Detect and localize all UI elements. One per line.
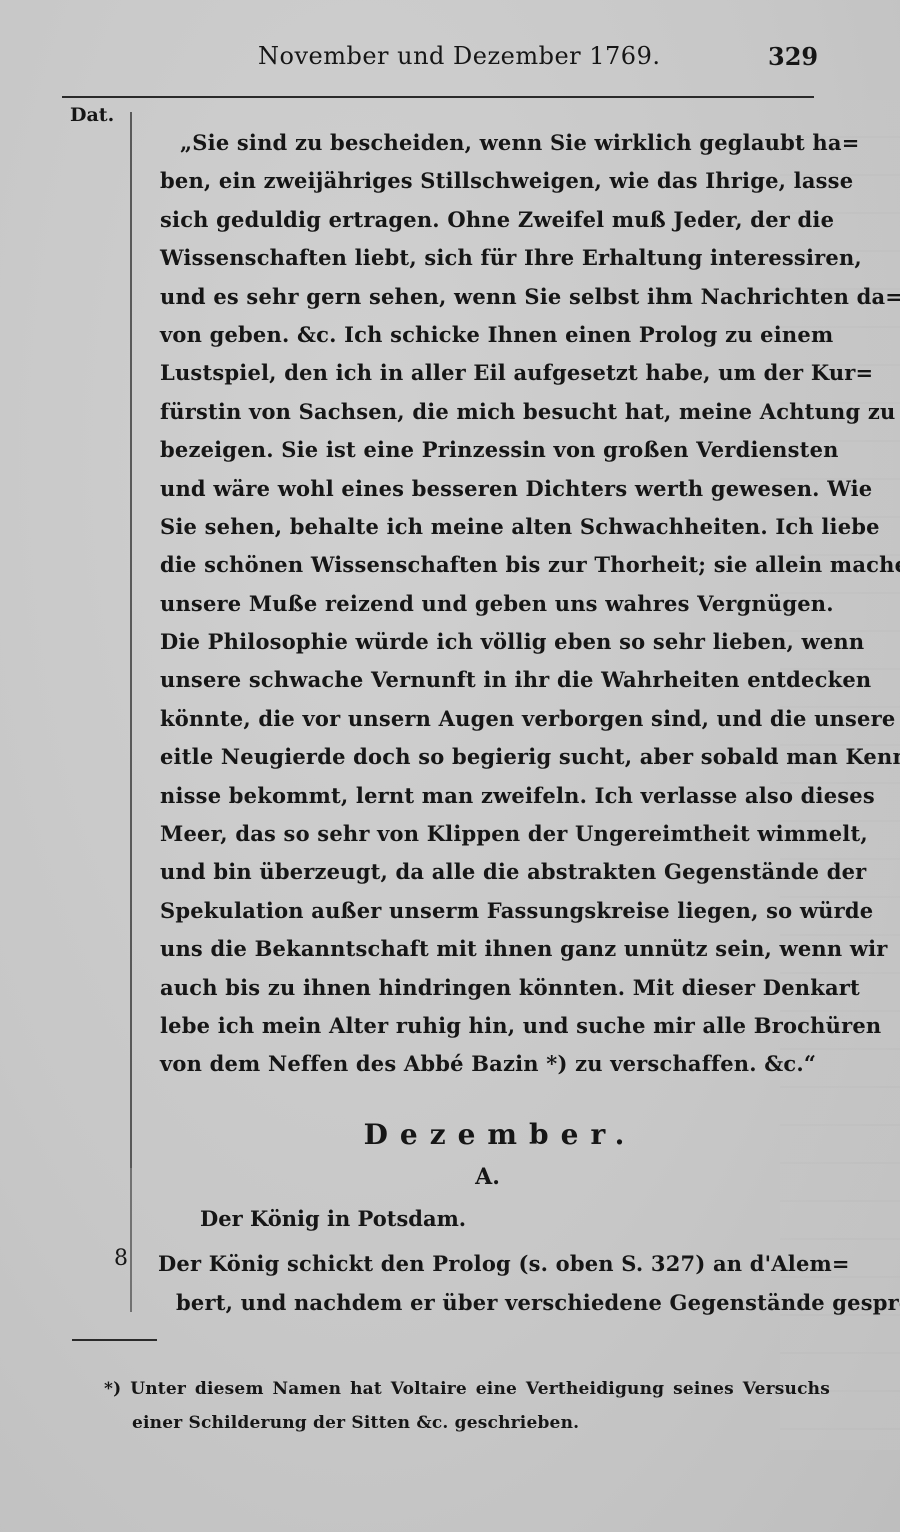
text-line: fürstin von Sachsen, die mich besucht ha…: [160, 393, 818, 431]
text-line: von dem Neffen des Abbé Bazin *) zu vers…: [160, 1045, 818, 1083]
footnote: *) Unter diesem Namen hat Voltaire eine …: [104, 1372, 830, 1440]
text-line: unsere schwache Vernunft in ihr die Wahr…: [160, 661, 818, 699]
location-heading: Der König in Potsdam.: [200, 1206, 466, 1231]
text-line: und wäre wohl eines besseren Dichters we…: [160, 470, 818, 508]
running-title: November und Dezember 1769.: [258, 42, 660, 70]
book-page: November und Dezember 1769. 329 Dat. „Si…: [0, 0, 900, 1532]
chronicle-entry: Der König schickt den Prolog (s. oben S.…: [158, 1244, 820, 1322]
text-line: könnte, die vor unsern Augen verborgen s…: [160, 700, 818, 738]
text-line: auch bis zu ihnen hindringen könnten. Mi…: [160, 969, 818, 1007]
page-header: November und Dezember 1769. 329: [0, 42, 900, 82]
text-line: und bin überzeugt, da alle die abstrakte…: [160, 853, 818, 891]
text-line: Die Philosophie würde ich völlig eben so…: [160, 623, 818, 661]
footnote-rule: [72, 1339, 157, 1341]
page-number: 329: [768, 42, 818, 71]
letter-quotation: „Sie sind zu bescheiden, wenn Sie wirkli…: [160, 124, 818, 1084]
entry-date: 8: [114, 1246, 128, 1271]
subsection-heading: A.: [0, 1164, 900, 1190]
text-line: uns die Bekanntschaft mit ihnen ganz unn…: [160, 930, 818, 968]
text-line: Sie sehen, behalte ich meine alten Schwa…: [160, 508, 818, 546]
text-line: Wissenschaften liebt, sich für Ihre Erha…: [160, 239, 818, 277]
text-line: von geben. &c. Ich schicke Ihnen einen P…: [160, 316, 818, 354]
text-line: und es sehr gern sehen, wenn Sie selbst …: [160, 278, 818, 316]
section-heading: Dezember.: [0, 1118, 900, 1151]
footnote-line: einer Schilderung der Sitten &c. geschri…: [104, 1406, 830, 1440]
text-line: Der König schickt den Prolog (s. oben S.…: [158, 1244, 820, 1283]
text-line: Lustspiel, den ich in aller Eil aufgeset…: [160, 354, 818, 392]
text-line: eitle Neugierde doch so begierig sucht, …: [160, 738, 818, 776]
text-line: ben, ein zweijähriges Stillschweigen, wi…: [160, 162, 818, 200]
date-column-label: Dat.: [70, 104, 114, 126]
text-line: bezeigen. Sie ist eine Prinzessin von gr…: [160, 431, 818, 469]
text-line: Spekulation außer unserm Fassungskreise …: [160, 892, 818, 930]
text-line: unsere Muße reizend und geben uns wahres…: [160, 585, 818, 623]
text-line: lebe ich mein Alter ruhig hin, und suche…: [160, 1007, 818, 1045]
text-line: „Sie sind zu bescheiden, wenn Sie wirkli…: [160, 124, 818, 162]
text-line: sich geduldig ertragen. Ohne Zweifel muß…: [160, 201, 818, 239]
text-line: nisse bekommt, lernt man zweifeln. Ich v…: [160, 777, 818, 815]
text-line: die schönen Wissenschaften bis zur Thorh…: [160, 546, 818, 584]
text-line: bert, und nachdem er über verschiedene G…: [158, 1283, 820, 1322]
header-rule: [62, 96, 814, 98]
text-line: Meer, das so sehr von Klippen der Ungere…: [160, 815, 818, 853]
footnote-line: *) Unter diesem Namen hat Voltaire eine …: [104, 1372, 830, 1406]
